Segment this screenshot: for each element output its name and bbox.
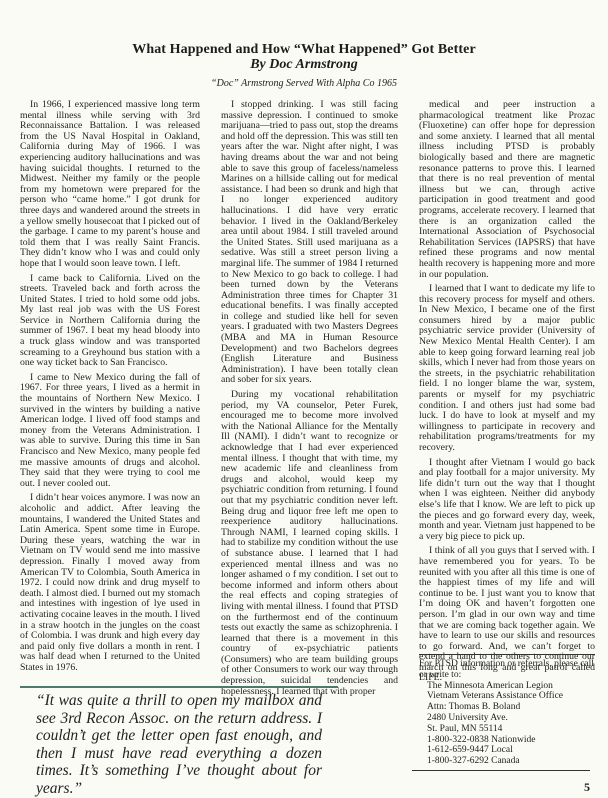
column-3: medical and peer instruction a pharmacol… bbox=[419, 100, 595, 688]
pull-quote: “It was quite a thrill to open my mailbo… bbox=[36, 692, 322, 797]
paragraph: I didn’t hear voices anymore. I was now … bbox=[20, 493, 200, 673]
column-1: In 1966, I experienced massive long term… bbox=[20, 100, 200, 677]
article-title: What Happened and How “What Happened” Go… bbox=[0, 42, 608, 58]
paragraph: During my vocational rehabilitation peri… bbox=[221, 390, 398, 697]
paragraph: I came back to California. Lived on the … bbox=[20, 274, 200, 369]
paragraph: I learned that I want to dedicate my lif… bbox=[419, 284, 595, 454]
address-line: Vietnam Veterans Assistance Office bbox=[427, 691, 595, 702]
phone-line: 1-612-659-9447 Local bbox=[427, 745, 595, 756]
info-box-bottom-divider bbox=[412, 770, 590, 771]
address-block: The Minnesota American Legion Vietnam Ve… bbox=[427, 681, 595, 767]
paragraph: I stopped drinking. I was still facing m… bbox=[221, 100, 398, 386]
article-byline: By Doc Armstrong bbox=[0, 57, 608, 73]
paragraph: In 1966, I experienced massive long term… bbox=[20, 100, 200, 270]
column-2: I stopped drinking. I was still facing m… bbox=[221, 100, 398, 701]
phone-line: 1-800-322-0838 Nationwide bbox=[427, 735, 595, 746]
address-line: Attn: Thomas B. Boland bbox=[427, 702, 595, 713]
info-intro: For PTSD information or referrals, pleas… bbox=[419, 659, 595, 681]
paragraph: I came to New Mexico during the fall of … bbox=[20, 373, 200, 490]
info-box-top-divider bbox=[419, 654, 595, 655]
pull-quote-divider bbox=[20, 686, 338, 688]
phone-line: 1-800-327-6292 Canada bbox=[427, 756, 595, 767]
article-subtitle: “Doc” Armstrong Served With Alpha Co 196… bbox=[0, 78, 608, 89]
address-line: The Minnesota American Legion bbox=[427, 681, 595, 692]
address-line: 2480 University Ave. bbox=[427, 713, 595, 724]
address-line: St. Paul, MN 55114 bbox=[427, 724, 595, 735]
page-number: 5 bbox=[584, 780, 590, 795]
info-box: For PTSD information or referrals, pleas… bbox=[419, 659, 595, 767]
paragraph: medical and peer instruction a pharmacol… bbox=[419, 100, 595, 280]
paragraph: I thought after Vietnam I would go back … bbox=[419, 458, 595, 543]
